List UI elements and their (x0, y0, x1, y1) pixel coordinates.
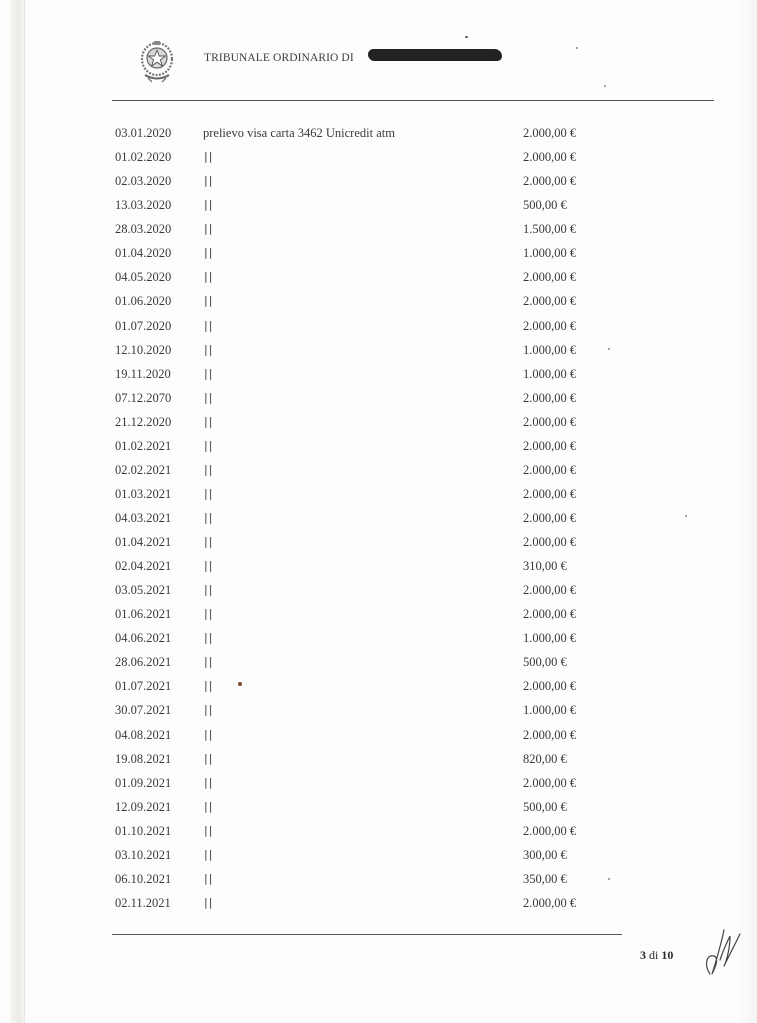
ditto-mark: || (204, 314, 213, 338)
transaction-date: 19.08.2021 (115, 747, 171, 771)
ditto-mark: || (204, 650, 213, 674)
scan-speck (608, 878, 610, 880)
redacted-court-location (368, 49, 502, 61)
scan-speck (604, 85, 606, 87)
transaction-date: 01.02.2021 (115, 434, 171, 458)
transaction-amount: 2.000,00 € (523, 578, 576, 602)
transaction-row: 21.12.2020||2.000,00 € (0, 410, 757, 434)
transaction-amount: 2.000,00 € (523, 410, 576, 434)
transaction-amount: 2.000,00 € (523, 386, 576, 410)
transaction-date: 03.05.2021 (115, 578, 171, 602)
ditto-mark: || (204, 193, 213, 217)
transaction-row: 04.08.2021||2.000,00 € (0, 723, 757, 747)
court-title: TRIBUNALE ORDINARIO DI (204, 52, 354, 64)
ditto-mark: || (204, 482, 213, 506)
transaction-amount: 500,00 € (523, 650, 567, 674)
transaction-date: 01.04.2020 (115, 241, 171, 265)
page-separator: di (649, 948, 658, 962)
ditto-mark: || (204, 891, 213, 915)
ditto-mark: || (204, 289, 213, 313)
transaction-date: 01.07.2021 (115, 674, 171, 698)
transaction-row: 01.04.2021||2.000,00 € (0, 530, 757, 554)
transaction-amount: 2.000,00 € (523, 771, 576, 795)
transaction-date: 28.03.2020 (115, 217, 171, 241)
ditto-mark: || (204, 434, 213, 458)
transaction-row: 30.07.2021||1.000,00 € (0, 698, 757, 722)
transaction-amount: 310,00 € (523, 554, 567, 578)
transaction-row: 04.06.2021||1.000,00 € (0, 626, 757, 650)
transaction-row: 01.02.2021||2.000,00 € (0, 434, 757, 458)
page-total: 10 (661, 948, 673, 962)
scan-speck (685, 515, 687, 517)
transaction-amount: 2.000,00 € (523, 265, 576, 289)
transaction-row: 04.05.2020||2.000,00 € (0, 265, 757, 289)
transaction-date: 01.06.2020 (115, 289, 171, 313)
transaction-amount: 1.000,00 € (523, 362, 576, 386)
transaction-row: 03.10.2021||300,00 € (0, 843, 757, 867)
ditto-mark: || (204, 386, 213, 410)
transaction-date: 01.07.2020 (115, 314, 171, 338)
ditto-mark: || (204, 458, 213, 482)
transaction-amount: 2.000,00 € (523, 602, 576, 626)
transaction-amount: 2.000,00 € (523, 434, 576, 458)
transaction-row: 01.02.2020||2.000,00 € (0, 145, 757, 169)
transaction-row: 28.03.2020||1.500,00 € (0, 217, 757, 241)
transaction-amount: 820,00 € (523, 747, 567, 771)
italian-republic-emblem-icon (138, 38, 176, 84)
ditto-mark: || (204, 578, 213, 602)
transaction-date: 03.01.2020 (115, 121, 171, 145)
transaction-date: 01.06.2021 (115, 602, 171, 626)
transaction-row: 19.11.2020||1.000,00 € (0, 362, 757, 386)
transaction-row: 01.07.2020||2.000,00 € (0, 314, 757, 338)
handwritten-signature-icon (700, 926, 744, 978)
transaction-amount: 1.000,00 € (523, 698, 576, 722)
transaction-amount: 2.000,00 € (523, 819, 576, 843)
ditto-mark: || (204, 843, 213, 867)
transaction-row: 12.09.2021||500,00 € (0, 795, 757, 819)
transaction-date: 28.06.2021 (115, 650, 171, 674)
ditto-mark: || (204, 362, 213, 386)
ditto-mark: || (204, 602, 213, 626)
transaction-amount: 1.000,00 € (523, 626, 576, 650)
ditto-mark: || (204, 554, 213, 578)
transaction-date: 12.09.2021 (115, 795, 171, 819)
transaction-amount: 2.000,00 € (523, 482, 576, 506)
header-divider (112, 100, 714, 101)
transaction-amount: 2.000,00 € (523, 121, 576, 145)
ditto-mark: || (204, 626, 213, 650)
transaction-date: 04.03.2021 (115, 506, 171, 530)
transaction-date: 04.05.2020 (115, 265, 171, 289)
page-current: 3 (640, 948, 646, 962)
ditto-mark: || (204, 723, 213, 747)
transaction-date: 03.10.2021 (115, 843, 171, 867)
transaction-row: 02.11.2021||2.000,00 € (0, 891, 757, 915)
transaction-row: 01.06.2020||2.000,00 € (0, 289, 757, 313)
transaction-date: 30.07.2021 (115, 698, 171, 722)
transaction-date: 01.09.2021 (115, 771, 171, 795)
transaction-row: 07.12.2070||2.000,00 € (0, 386, 757, 410)
scan-speck (608, 348, 610, 350)
ditto-mark: || (204, 338, 213, 362)
transaction-date: 01.04.2021 (115, 530, 171, 554)
transaction-date: 02.11.2021 (115, 891, 171, 915)
ditto-mark: || (204, 674, 213, 698)
transaction-amount: 2.000,00 € (523, 674, 576, 698)
scan-speck (576, 47, 578, 49)
transaction-description: prelievo visa carta 3462 Unicredit atm (203, 121, 395, 145)
ditto-mark: || (204, 217, 213, 241)
transaction-row: 01.06.2021||2.000,00 € (0, 602, 757, 626)
document-page: TRIBUNALE ORDINARIO DI 03.01.2020preliev… (0, 0, 757, 1023)
transaction-row: 01.09.2021||2.000,00 € (0, 771, 757, 795)
ditto-mark: || (204, 506, 213, 530)
transaction-amount: 1.000,00 € (523, 338, 576, 362)
transaction-amount: 2.000,00 € (523, 145, 576, 169)
transaction-row: 12.10.2020||1.000,00 € (0, 338, 757, 362)
transaction-amount: 2.000,00 € (523, 506, 576, 530)
transaction-amount: 500,00 € (523, 193, 567, 217)
ditto-mark: || (204, 265, 213, 289)
ink-stain (238, 682, 242, 686)
transaction-date: 02.03.2020 (115, 169, 171, 193)
ditto-mark: || (204, 530, 213, 554)
transaction-date: 01.10.2021 (115, 819, 171, 843)
ditto-mark: || (204, 795, 213, 819)
ditto-mark: || (204, 867, 213, 891)
ditto-mark: || (204, 145, 213, 169)
transaction-row: 01.03.2021||2.000,00 € (0, 482, 757, 506)
transaction-date: 19.11.2020 (115, 362, 171, 386)
transaction-amount: 2.000,00 € (523, 891, 576, 915)
transaction-date: 07.12.2070 (115, 386, 171, 410)
footer-divider (112, 934, 622, 935)
transaction-amount: 350,00 € (523, 867, 567, 891)
transaction-row: 28.06.2021||500,00 € (0, 650, 757, 674)
transaction-amount: 2.000,00 € (523, 289, 576, 313)
transaction-row: 03.01.2020prelievo visa carta 3462 Unicr… (0, 121, 757, 145)
transaction-row: 01.07.2021||2.000,00 € (0, 674, 757, 698)
scan-speck (465, 36, 468, 38)
ditto-mark: || (204, 698, 213, 722)
transaction-row: 01.10.2021||2.000,00 € (0, 819, 757, 843)
transaction-amount: 2.000,00 € (523, 530, 576, 554)
transaction-row: 13.03.2020||500,00 € (0, 193, 757, 217)
ditto-mark: || (204, 747, 213, 771)
transaction-date: 04.08.2021 (115, 723, 171, 747)
transaction-amount: 2.000,00 € (523, 723, 576, 747)
transaction-date: 21.12.2020 (115, 410, 171, 434)
transaction-amount: 500,00 € (523, 795, 567, 819)
ditto-mark: || (204, 771, 213, 795)
page-number: 3 di 10 (640, 948, 673, 963)
transaction-row: 06.10.2021||350,00 € (0, 867, 757, 891)
transaction-date: 02.04.2021 (115, 554, 171, 578)
transaction-row: 03.05.2021||2.000,00 € (0, 578, 757, 602)
transaction-date: 13.03.2020 (115, 193, 171, 217)
transaction-date: 02.02.2021 (115, 458, 171, 482)
transaction-date: 01.02.2020 (115, 145, 171, 169)
transaction-date: 06.10.2021 (115, 867, 171, 891)
transaction-amount: 1.000,00 € (523, 241, 576, 265)
transaction-amount: 300,00 € (523, 843, 567, 867)
transaction-date: 04.06.2021 (115, 626, 171, 650)
transaction-date: 01.03.2021 (115, 482, 171, 506)
ditto-mark: || (204, 169, 213, 193)
transaction-row: 04.03.2021||2.000,00 € (0, 506, 757, 530)
ditto-mark: || (204, 819, 213, 843)
transaction-row: 01.04.2020||1.000,00 € (0, 241, 757, 265)
transaction-date: 12.10.2020 (115, 338, 171, 362)
transaction-row: 02.04.2021||310,00 € (0, 554, 757, 578)
transaction-row: 02.03.2020||2.000,00 € (0, 169, 757, 193)
transaction-amount: 2.000,00 € (523, 169, 576, 193)
document-header: TRIBUNALE ORDINARIO DI (138, 38, 638, 88)
transaction-amount: 1.500,00 € (523, 217, 576, 241)
transaction-amount: 2.000,00 € (523, 458, 576, 482)
ditto-mark: || (204, 410, 213, 434)
transaction-row: 19.08.2021||820,00 € (0, 747, 757, 771)
ditto-mark: || (204, 241, 213, 265)
transaction-amount: 2.000,00 € (523, 314, 576, 338)
transaction-row: 02.02.2021||2.000,00 € (0, 458, 757, 482)
